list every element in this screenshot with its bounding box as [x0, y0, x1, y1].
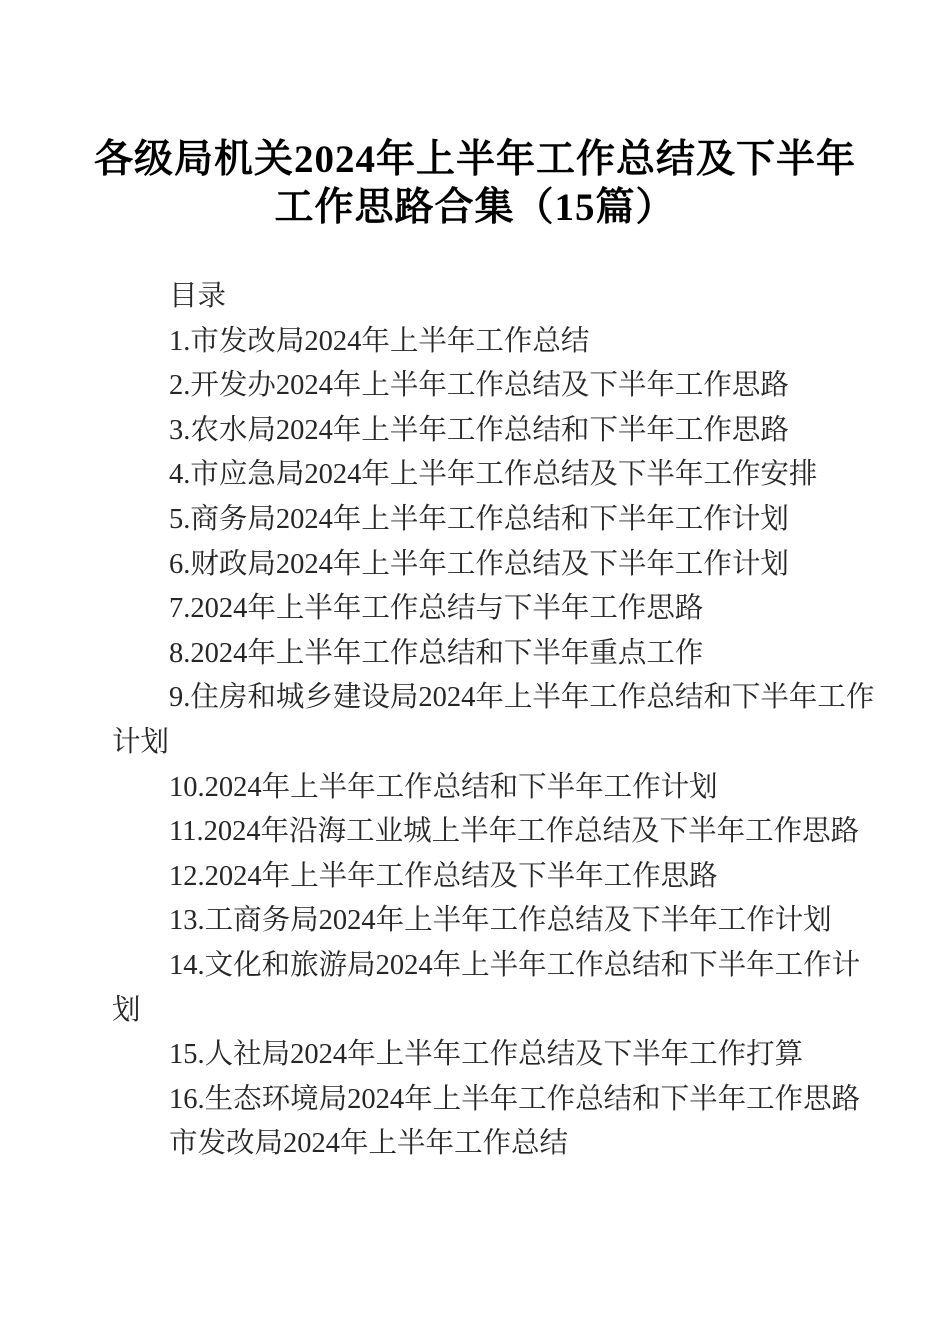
- toc-item: 15.人社局2024年上半年工作总结及下半年工作打算: [112, 1033, 892, 1078]
- toc-item-text: 2.开发办2024年上半年工作总结及下半年工作思路: [112, 364, 892, 409]
- toc-item: 2.开发办2024年上半年工作总结及下半年工作思路: [112, 364, 892, 409]
- toc-item: 9.住房和城乡建设局2024年上半年工作总结和下半年工作计划: [112, 676, 892, 765]
- toc-item-text: 5.商务局2024年上半年工作总结和下半年工作计划: [112, 498, 892, 543]
- toc-item: 6.财政局2024年上半年工作总结及下半年工作计划: [112, 543, 892, 588]
- toc-item: 1.市发改局2024年上半年工作总结: [112, 320, 892, 365]
- document-title-line-2: 工作思路合集（15篇）: [40, 184, 910, 232]
- toc-item-text: 9.住房和城乡建设局2024年上半年工作总结和下半年工作: [112, 676, 892, 721]
- toc-item-text: 8.2024年上半年工作总结和下半年重点工作: [112, 632, 892, 677]
- document-title: 各级局机关2024年上半年工作总结及下半年 工作思路合集（15篇）: [0, 136, 950, 232]
- document-title-line-1: 各级局机关2024年上半年工作总结及下半年: [40, 136, 910, 184]
- toc-item-text: 13.工商务局2024年上半年工作总结及下半年工作计划: [112, 899, 892, 944]
- toc-item: 8.2024年上半年工作总结和下半年重点工作: [112, 632, 892, 677]
- toc-item-text: 7.2024年上半年工作总结与下半年工作思路: [112, 587, 892, 632]
- toc-item-text: 16.生态环境局2024年上半年工作总结和下半年工作思路: [112, 1078, 892, 1123]
- toc-item-text: 6.财政局2024年上半年工作总结及下半年工作计划: [112, 543, 892, 588]
- toc-item-text: 12.2024年上半年工作总结及下半年工作思路: [112, 855, 892, 900]
- toc-item-text-wrap: 计划: [112, 721, 892, 766]
- toc-item-text: 11.2024年沿海工业城上半年工作总结及下半年工作思路: [112, 810, 892, 855]
- toc-item-text: 4.市应急局2024年上半年工作总结及下半年工作安排: [112, 453, 892, 498]
- toc-item: 11.2024年沿海工业城上半年工作总结及下半年工作思路: [112, 810, 892, 855]
- toc-item: 13.工商务局2024年上半年工作总结及下半年工作计划: [112, 899, 892, 944]
- toc-item: 12.2024年上半年工作总结及下半年工作思路: [112, 855, 892, 900]
- section-start-heading: 市发改局2024年上半年工作总结: [112, 1122, 892, 1167]
- toc-item-text-wrap: 划: [112, 989, 892, 1034]
- toc-item: 7.2024年上半年工作总结与下半年工作思路: [112, 587, 892, 632]
- toc-heading: 目录: [112, 275, 892, 320]
- toc-item: 4.市应急局2024年上半年工作总结及下半年工作安排: [112, 453, 892, 498]
- toc-item-text: 1.市发改局2024年上半年工作总结: [112, 320, 892, 365]
- toc-item: 10.2024年上半年工作总结和下半年工作计划: [112, 766, 892, 811]
- toc-list: 1.市发改局2024年上半年工作总结2.开发办2024年上半年工作总结及下半年工…: [112, 320, 892, 1123]
- toc-item: 14.文化和旅游局2024年上半年工作总结和下半年工作计划: [112, 944, 892, 1033]
- toc-item: 5.商务局2024年上半年工作总结和下半年工作计划: [112, 498, 892, 543]
- toc-item: 16.生态环境局2024年上半年工作总结和下半年工作思路: [112, 1078, 892, 1123]
- toc-item-text: 10.2024年上半年工作总结和下半年工作计划: [112, 766, 892, 811]
- toc-item: 3.农水局2024年上半年工作总结和下半年工作思路: [112, 409, 892, 454]
- toc-item-text: 15.人社局2024年上半年工作总结及下半年工作打算: [112, 1033, 892, 1078]
- toc-item-text: 14.文化和旅游局2024年上半年工作总结和下半年工作计: [112, 944, 892, 989]
- toc-item-text: 3.农水局2024年上半年工作总结和下半年工作思路: [112, 409, 892, 454]
- document-page: 各级局机关2024年上半年工作总结及下半年 工作思路合集（15篇） 目录 1.市…: [0, 0, 950, 1344]
- table-of-contents: 目录 1.市发改局2024年上半年工作总结2.开发办2024年上半年工作总结及下…: [112, 275, 892, 1167]
